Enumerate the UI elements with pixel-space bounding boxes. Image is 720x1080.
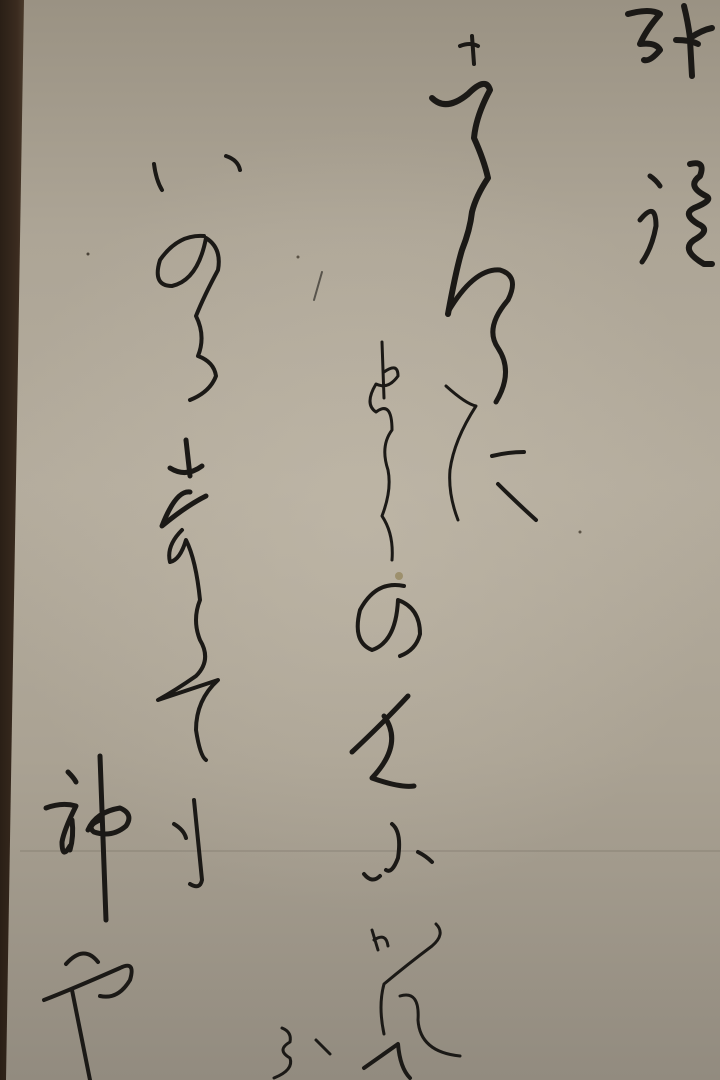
column-3-glyphs xyxy=(44,756,132,1080)
calligraphy-photo: 弥 種 さくらにはよしのをふかれぬ いのちまのこてし 神や xyxy=(0,0,720,1080)
column-1-glyphs xyxy=(274,36,536,1078)
ink-strokes xyxy=(0,0,720,1080)
column-2-glyphs xyxy=(154,156,240,886)
title-glyphs xyxy=(628,6,712,264)
